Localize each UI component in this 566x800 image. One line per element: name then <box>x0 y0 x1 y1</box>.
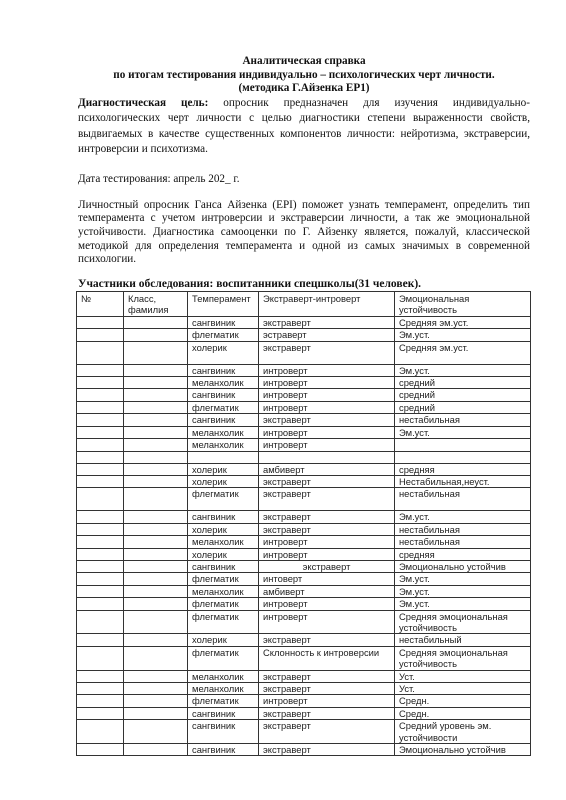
cell-num <box>77 744 124 756</box>
table-row: флегматикинтровертсредний <box>77 401 531 413</box>
table-row: меланхоликэкстравертУст. <box>77 670 531 682</box>
cell-emotional-stability: Эм.уст. <box>395 329 531 341</box>
cell-extra-intro: амбиверт <box>259 463 395 475</box>
participants-heading: Участники обследования: воспитанники спе… <box>78 278 530 291</box>
epi-paragraph: Личностный опросник Ганса Айзенка (EPI) … <box>78 199 530 267</box>
table-row: холерикэкстравертСредняя эм.уст. <box>77 341 531 364</box>
title-line-3: (методика Г.Айзенка EP1) <box>78 82 530 96</box>
cell-emotional-stability: Эм.уст. <box>395 573 531 585</box>
table-row: флегматикэстравертЭм.уст. <box>77 329 531 341</box>
cell-temperament: сангвиник <box>188 707 259 719</box>
cell-num <box>77 523 124 535</box>
cell-extra-intro: экстраверт <box>259 316 395 328</box>
cell-temperament: меланхолик <box>188 377 259 389</box>
cell-class-name <box>124 463 188 475</box>
table-row: флегматикинтровертСредн. <box>77 695 531 707</box>
cell-num <box>77 389 124 401</box>
cell-extra-intro: эстраверт <box>259 329 395 341</box>
table-row: сангвиникэкстравертСредний уровень эм. у… <box>77 720 531 744</box>
cell-num <box>77 598 124 610</box>
cell-extra-intro: интроверт <box>259 598 395 610</box>
cell-class-name <box>124 451 188 463</box>
cell-class-name <box>124 475 188 487</box>
table-row: сангвиникэкстравертЭм.уст. <box>77 511 531 523</box>
cell-class-name <box>124 377 188 389</box>
cell-temperament: флегматик <box>188 573 259 585</box>
cell-extra-intro: экстраверт <box>259 720 395 744</box>
cell-num <box>77 316 124 328</box>
cell-class-name <box>124 341 188 364</box>
cell-temperament <box>188 451 259 463</box>
cell-class-name <box>124 610 188 634</box>
cell-emotional-stability: Средний уровень эм. устойчивости <box>395 720 531 744</box>
table-row: холерикэкстравертнестабильная <box>77 523 531 535</box>
cell-temperament: холерик <box>188 341 259 364</box>
table-row: сангвиникэкстравертЭмоционально устойчив <box>77 560 531 572</box>
table-row: флегматикинтровертСредняя эмоциональная … <box>77 610 531 634</box>
cell-num <box>77 573 124 585</box>
cell-temperament: флегматик <box>188 695 259 707</box>
cell-num <box>77 634 124 646</box>
table-row: холерикинтровертсредняя <box>77 548 531 560</box>
cell-class-name <box>124 316 188 328</box>
cell-class-name <box>124 646 188 670</box>
cell-emotional-stability: нестабильная <box>395 523 531 535</box>
cell-emotional-stability: Эм.уст. <box>395 511 531 523</box>
cell-extra-intro: экстраверт <box>259 707 395 719</box>
cell-temperament: сангвиник <box>188 744 259 756</box>
cell-class-name <box>124 548 188 560</box>
cell-class-name <box>124 560 188 572</box>
table-row: меланхоликамбивертЭм.уст. <box>77 585 531 597</box>
cell-extra-intro: амбиверт <box>259 585 395 597</box>
cell-class-name <box>124 511 188 523</box>
cell-extra-intro: интроверт <box>259 695 395 707</box>
cell-class-name <box>124 744 188 756</box>
table-row: холерикэкстравертНестабильная,неуст. <box>77 475 531 487</box>
cell-temperament: меланхолик <box>188 536 259 548</box>
cell-emotional-stability: средняя <box>395 548 531 560</box>
cell-emotional-stability: Уст. <box>395 670 531 682</box>
cell-emotional-stability: нестабильная <box>395 536 531 548</box>
cell-extra-intro: экстраверт <box>259 683 395 695</box>
table-row: меланхоликинтровертнестабильная <box>77 536 531 548</box>
cell-extra-intro: экстраверт <box>259 414 395 426</box>
cell-class-name <box>124 720 188 744</box>
cell-num <box>77 610 124 634</box>
cell-class-name <box>124 598 188 610</box>
cell-temperament: флегматик <box>188 401 259 413</box>
cell-num <box>77 414 124 426</box>
cell-extra-intro: интроверт <box>259 426 395 438</box>
cell-num <box>77 683 124 695</box>
cell-extra-intro: экстраверт <box>259 670 395 682</box>
cell-temperament: флегматик <box>188 598 259 610</box>
cell-extra-intro: экстраверт <box>259 634 395 646</box>
cell-temperament: сангвиник <box>188 720 259 744</box>
cell-num <box>77 695 124 707</box>
cell-num <box>77 341 124 364</box>
cell-emotional-stability: средний <box>395 389 531 401</box>
cell-extra-intro: экстраверт <box>259 475 395 487</box>
cell-temperament: флегматик <box>188 646 259 670</box>
cell-emotional-stability: Средняя эмоциональная устойчивость <box>395 610 531 634</box>
table-row <box>77 451 531 463</box>
cell-emotional-stability: средний <box>395 401 531 413</box>
cell-class-name <box>124 670 188 682</box>
cell-num <box>77 536 124 548</box>
cell-num <box>77 560 124 572</box>
table-row: сангвиникинтровертсредний <box>77 389 531 401</box>
cell-temperament: флегматик <box>188 610 259 634</box>
cell-num <box>77 377 124 389</box>
header-temperament: Темперамент <box>188 292 259 317</box>
cell-class-name <box>124 426 188 438</box>
cell-emotional-stability: Средняя эм.уст. <box>395 316 531 328</box>
cell-emotional-stability <box>395 439 531 451</box>
cell-temperament: флегматик <box>188 329 259 341</box>
cell-temperament: сангвиник <box>188 316 259 328</box>
cell-extra-intro: интроверт <box>259 610 395 634</box>
table-row: сангвиникинтровертЭм.уст. <box>77 364 531 376</box>
cell-num <box>77 646 124 670</box>
cell-extra-intro: интроверт <box>259 389 395 401</box>
cell-temperament: холерик <box>188 634 259 646</box>
cell-extra-intro: интроверт <box>259 548 395 560</box>
table-row: сангвиникэкстравертСредняя эм.уст. <box>77 316 531 328</box>
table-row: флегматикинтровертЭм.уст. <box>77 598 531 610</box>
cell-temperament: флегматик <box>188 488 259 511</box>
cell-num <box>77 720 124 744</box>
cell-class-name <box>124 389 188 401</box>
cell-temperament: холерик <box>188 523 259 535</box>
cell-temperament: меланхолик <box>188 426 259 438</box>
cell-emotional-stability: Нестабильная,неуст. <box>395 475 531 487</box>
cell-class-name <box>124 707 188 719</box>
cell-class-name <box>124 634 188 646</box>
cell-num <box>77 707 124 719</box>
table-row: сангвиникэкстравертСредн. <box>77 707 531 719</box>
cell-class-name <box>124 439 188 451</box>
cell-class-name <box>124 523 188 535</box>
cell-extra-intro: интроверт <box>259 364 395 376</box>
cell-class-name <box>124 695 188 707</box>
cell-extra-intro: интоверт <box>259 573 395 585</box>
table-header-row: № Класс, фамилия Темперамент Экстраверт-… <box>77 292 531 317</box>
cell-class-name <box>124 536 188 548</box>
cell-emotional-stability: Эмоционально устойчив <box>395 560 531 572</box>
cell-num <box>77 364 124 376</box>
cell-temperament: сангвиник <box>188 364 259 376</box>
cell-class-name <box>124 585 188 597</box>
test-date: Дата тестирования: апрель 202_ г. <box>78 172 530 187</box>
cell-num <box>77 475 124 487</box>
cell-num <box>77 511 124 523</box>
cell-temperament: сангвиник <box>188 560 259 572</box>
document-title: Аналитическая справка по итогам тестиров… <box>78 55 530 96</box>
cell-class-name <box>124 414 188 426</box>
cell-extra-intro <box>259 451 395 463</box>
cell-emotional-stability: Средняя эм.уст. <box>395 341 531 364</box>
goal-label: Диагностическая цель: <box>78 97 208 109</box>
cell-num <box>77 439 124 451</box>
cell-num <box>77 329 124 341</box>
cell-temperament: меланхолик <box>188 683 259 695</box>
cell-temperament: сангвиник <box>188 389 259 401</box>
cell-emotional-stability: Средн. <box>395 695 531 707</box>
cell-emotional-stability: Эм.уст. <box>395 598 531 610</box>
cell-emotional-stability: Уст. <box>395 683 531 695</box>
cell-emotional-stability: нестабильная <box>395 414 531 426</box>
cell-extra-intro: экстраверт <box>259 560 395 572</box>
cell-extra-intro: Склонность к интроверсии <box>259 646 395 670</box>
cell-temperament: сангвиник <box>188 414 259 426</box>
table-row: меланхоликэкстравертУст. <box>77 683 531 695</box>
cell-num <box>77 463 124 475</box>
cell-temperament: холерик <box>188 548 259 560</box>
cell-num <box>77 548 124 560</box>
cell-extra-intro: интроверт <box>259 377 395 389</box>
cell-class-name <box>124 573 188 585</box>
cell-extra-intro: интроверт <box>259 439 395 451</box>
goal-paragraph: Диагностическая цель: опросник предназна… <box>78 96 530 158</box>
cell-extra-intro: экстраверт <box>259 341 395 364</box>
cell-temperament: холерик <box>188 463 259 475</box>
table-row: холерикэкстравертнестабильный <box>77 634 531 646</box>
header-num: № <box>77 292 124 317</box>
results-table: № Класс, фамилия Темперамент Экстраверт-… <box>76 291 531 756</box>
cell-extra-intro: экстраверт <box>259 523 395 535</box>
cell-extra-intro: экстраверт <box>259 488 395 511</box>
document-page: Аналитическая справка по итогам тестиров… <box>78 55 530 756</box>
table-row: меланхоликинтровертсредний <box>77 377 531 389</box>
cell-temperament: меланхолик <box>188 585 259 597</box>
cell-extra-intro: экстраверт <box>259 744 395 756</box>
cell-emotional-stability: средний <box>395 377 531 389</box>
cell-class-name <box>124 364 188 376</box>
table-row: флегматикСклонность к интроверсииСредняя… <box>77 646 531 670</box>
cell-class-name <box>124 401 188 413</box>
cell-emotional-stability: Средн. <box>395 707 531 719</box>
table-row: флегматикинтовертЭм.уст. <box>77 573 531 585</box>
cell-emotional-stability: Эм.уст. <box>395 585 531 597</box>
cell-emotional-stability: Эмоционально устойчив <box>395 744 531 756</box>
cell-num <box>77 585 124 597</box>
cell-num <box>77 670 124 682</box>
cell-class-name <box>124 683 188 695</box>
cell-num <box>77 426 124 438</box>
cell-emotional-stability <box>395 451 531 463</box>
cell-emotional-stability: Средняя эмоциональная устойчивость <box>395 646 531 670</box>
table-row: сангвиникэкстравертЭмоционально устойчив <box>77 744 531 756</box>
cell-num <box>77 451 124 463</box>
header-class-name: Класс, фамилия <box>124 292 188 317</box>
header-extra-intro: Экстраверт-интроверт <box>259 292 395 317</box>
title-line-2: по итогам тестирования индивидуально – п… <box>70 69 538 83</box>
title-line-1: Аналитическая справка <box>78 55 530 69</box>
table-row: холерикамбивертсредняя <box>77 463 531 475</box>
table-row: меланхоликинтровертЭм.уст. <box>77 426 531 438</box>
table-row: флегматикэкстравертнестабильная <box>77 488 531 511</box>
cell-temperament: холерик <box>188 475 259 487</box>
cell-extra-intro: интроверт <box>259 401 395 413</box>
cell-emotional-stability: нестабильный <box>395 634 531 646</box>
cell-emotional-stability: нестабильная <box>395 488 531 511</box>
cell-extra-intro: экстраверт <box>259 511 395 523</box>
cell-num <box>77 401 124 413</box>
table-row: сангвиникэкстравертнестабильная <box>77 414 531 426</box>
header-emotional-stability: Эмоциональная устойчивость <box>395 292 531 317</box>
cell-extra-intro: интроверт <box>259 536 395 548</box>
cell-emotional-stability: Эм.уст. <box>395 364 531 376</box>
cell-class-name <box>124 329 188 341</box>
cell-temperament: сангвиник <box>188 511 259 523</box>
cell-emotional-stability: Эм.уст. <box>395 426 531 438</box>
cell-temperament: меланхолик <box>188 670 259 682</box>
cell-class-name <box>124 488 188 511</box>
cell-num <box>77 488 124 511</box>
table-row: меланхоликинтроверт <box>77 439 531 451</box>
cell-emotional-stability: средняя <box>395 463 531 475</box>
cell-temperament: меланхолик <box>188 439 259 451</box>
